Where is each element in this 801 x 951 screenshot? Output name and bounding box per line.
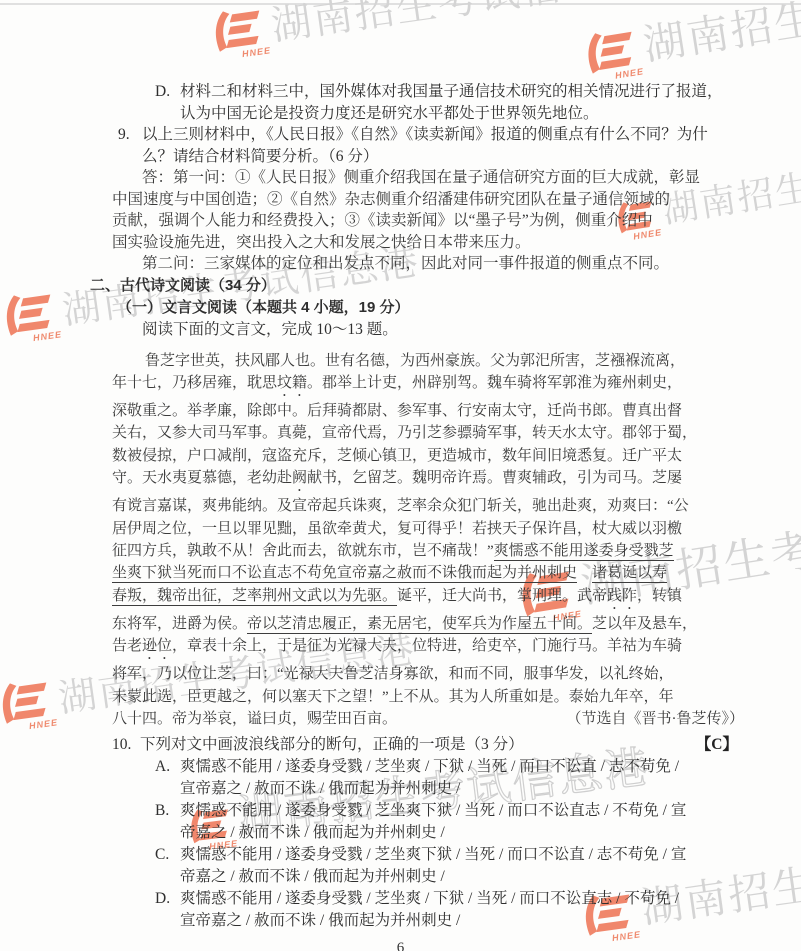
option-b: B.爽懦惑不能用 / 遂委身受戮 / 芝坐爽下狱 / 当死 / 而口不讼直志 /… <box>155 800 801 822</box>
option-d-line1: 材料二和材料三中，国外媒体对我国量子通信技术研究的相关情况进行了报道， <box>180 83 723 100</box>
passage-line: 有谠言嘉谋，爽弗能纳。及宣帝起兵诛爽，芝率余众犯门斩关，驰出赴爽，劝爽曰：“公 <box>112 495 744 517</box>
option-c-line1: 爽懦惑不能用 / 遂委身受戮 / 芝坐爽下狱 / 当死 / 而口不讼直 / 志不… <box>180 846 686 863</box>
answer-9-line: 中国速度与中国创造；②《自然》杂志侧重介绍潘建伟研究团队在量子通信领域的 <box>112 189 801 211</box>
passage-dotted-term: 阙 <box>292 470 307 486</box>
passage: 鲁芝字世英，扶风郿人也。世有名德，为西州豪族。父为郭汜所害，芝襁褓流离，年十七，… <box>112 350 744 731</box>
section-intro: 阅读下面的文言文，完成 10～13 题。 <box>142 319 801 341</box>
passage-text: 年十七，乃移居雍，耽思 <box>112 375 277 391</box>
passage-line: 年十七，乃移居雍，耽思坟籍。郡举上计吏，州辟别驾。魏车骑将军郭淮为雍州刺史， <box>112 372 744 400</box>
passage-line: 告老逊位，章表十余上，于是征为光禄大夫，位特进，给吏卒，门施行马。羊祜为车骑 <box>112 635 744 663</box>
passage-text: 居伊周之位，一旦以罪见黜，虽欲牵黄犬，复可得乎！若挟天子保许昌，杖大威以羽檄 <box>112 521 682 537</box>
passage-text: 八十四。帝为举哀，谥曰贞，赐茔田百亩。 <box>112 711 397 727</box>
section-title: 二、古代诗文阅读（34 分） <box>90 275 801 297</box>
passage-text: 数被侵掠，户口减削，寇盗充斥，芝倾心镇卫，更造城市，数年间旧境悉复。迁广平太 <box>112 448 682 464</box>
option-b-line1: 爽懦惑不能用 / 遂委身受戮 / 芝坐爽下狱 / 当死 / 而口不讼直志 / 不… <box>180 802 686 819</box>
question-10-stem: 下列对文中画波浪线部分的断句，正确的一项是（3 分） <box>140 736 524 753</box>
option-d-line2: 宣帝嘉之 / 赦而不诛 / 俄而起为并州刺史 / <box>180 910 801 932</box>
passage-underlined-segment: 诸葛诞以寿 <box>592 565 667 583</box>
option-c: C.爽懦惑不能用 / 遂委身受戮 / 芝坐爽下狱 / 当死 / 而口不讼直 / … <box>155 844 801 866</box>
exam-paper-page: HNEE 湖南招生考试信息港 HNEE 湖南招生 HNEE 湖南招生考 HNEE… <box>0 0 801 951</box>
passage-text: 诞平，迁大尚书，掌刑理。武帝 <box>397 588 607 604</box>
passage-text: （节选自《晋书·鲁芝传》） <box>567 708 745 730</box>
passage-text: 深敬重之。举孝廉，除郎中。后拜骑都尉、参军事、行安南太守，迁尚书郎。曹真出督 <box>112 403 682 419</box>
question-9: 9.以上三则材料中，《人民日报》《自然》《读卖新闻》报道的侧重点有什么不同？为什 <box>118 124 801 146</box>
option-d: D.爽懦惑不能用 / 遂委身受戮 / 芝坐爽 / 下狱 / 当死 / 而口不讼直… <box>155 888 801 910</box>
question-9-line2: 么？请结合材料简要分析。（6 分） <box>142 146 801 168</box>
passage-line: 未蒙此选，臣更越之，何以塞天下之望！”上不从。其为人所重如是。泰始九年卒，年 <box>112 686 744 708</box>
passage-dotted-term: 逊位 <box>142 638 172 654</box>
passage-text: 将军，乃以位让芝，曰：“光禄大夫鲁芝洁身寡欲，和而不同，服事华发，以礼终始， <box>112 666 674 682</box>
option-c-label: C. <box>155 844 180 866</box>
passage-text: 征四方兵，孰敢不从！舍此而去，欲就东市，岂不痛哉！” <box>112 543 494 559</box>
upper-section: D.材料二和材料三中，国外媒体对我国量子通信技术研究的相关情况进行了报道， 认为… <box>0 81 801 275</box>
page-number: 6 <box>0 940 801 951</box>
passage-line: 鲁芝字世英，扶风郿人也。世有名德，为西州豪族。父为郭汜所害，芝襁褓流离， <box>112 350 744 372</box>
passage-line: 将军，乃以位让芝，曰：“光禄大夫鲁芝洁身寡欲，和而不同，服事华发，以礼终始， <box>112 663 744 685</box>
answer-9-line: 国实验设施先进，突出投入之大和发展之快给日本带来压力。 <box>112 232 801 254</box>
option-b-label: B. <box>155 800 180 822</box>
option-c-line2: 帝嘉之 / 赦而不诛 / 俄而起为并州刺史 / <box>180 866 801 888</box>
answer-9-line: 贡献，强调个人能力和经费投入；③《读卖新闻》以“墨子号”为例，侧重介绍中 <box>112 210 801 232</box>
answer-9-line: 第二问：三家媒体的定位和出发点不同，因此对同一事件报道的侧重点不同。 <box>112 253 801 275</box>
passage-text: 有谠言嘉谋，爽弗能纳。及宣帝起兵诛爽，芝率余众犯门斩关，驰出赴爽，劝爽曰：“公 <box>112 498 689 514</box>
passage-line: 坐爽下狱当死而口不讼直志不苟免宣帝嘉之赦而不诛俄而起为并州刺史 诸葛诞以寿 <box>112 562 744 584</box>
option-d-label: D. <box>155 81 180 103</box>
passage-line: 深敬重之。举孝廉，除郎中。后拜骑都尉、参军事、行安南太守，迁尚书郎。曹真出督 <box>112 400 744 422</box>
passage-underlined-segment: 春叛，魏帝出征，芝率荆州文武以为先驱。 <box>112 588 397 606</box>
passage-text: 告老 <box>112 638 142 654</box>
passage-text <box>577 565 592 581</box>
passage-text: 。郡举上计吏，州辟别驾。魏车骑将军郭淮为雍州刺史， <box>307 375 682 391</box>
passage-text: 芝以年及悬车， <box>592 616 697 632</box>
question-10: 10.下列对文中画波浪线部分的断句，正确的一项是（3 分） 【C】 A.爽懦惑不… <box>0 734 801 932</box>
passage-text: 东将军，进爵为侯。 <box>112 616 247 632</box>
passage-dotted-term: 践阼 <box>607 588 637 604</box>
section-subtitle: （一）文言文阅读（本题共 4 小题，19 分） <box>117 297 801 319</box>
passage-line: 八十四。帝为举哀，谥曰贞，赐茔田百亩。（节选自《晋书·鲁芝传》） <box>112 708 744 730</box>
question-9-line1: 以上三则材料中，《人民日报》《自然》《读卖新闻》报道的侧重点有什么不同？为什 <box>142 126 708 143</box>
passage-line: 关右，又参大司马军事。真薨，宣帝代焉，乃引芝参骠骑军事，转天水太守。郡邻于蜀， <box>112 422 744 444</box>
option-a-line1: 爽懦惑不能用 / 遂委身受戮 / 芝坐爽 / 下狱 / 当死 / 而口不讼直 /… <box>180 758 679 775</box>
question-9-number: 9. <box>118 124 142 146</box>
passage-text: 守。天水夷夏慕德，老幼赴 <box>112 470 292 486</box>
passage-line: 征四方兵，孰敢不从！舍此而去，欲就东市，岂不痛哉！”爽懦惑不能用遂委身受戮芝 <box>112 540 744 562</box>
option-d-label: D. <box>155 888 180 910</box>
option-b-line2: 帝嘉之 / 赦而不诛 / 俄而起为并州刺史 / <box>180 822 801 844</box>
passage-underlined-segment: 坐爽下狱当死而口不讼直志不苟免宣帝嘉之赦而不诛俄而起为并州刺史 <box>112 565 577 583</box>
passage-text: 鲁芝字世英，扶风郿人也。世有名德，为西州豪族。父为郭汜所害，芝襁褓流离， <box>145 353 685 369</box>
passage-line: 守。天水夷夏慕德，老幼赴阙献书，乞留芝。魏明帝许焉。曹爽辅政，引为司马。芝屡 <box>112 467 744 495</box>
passage-line: 春叛，魏帝出征，芝率荆州文武以为先驱。诞平，迁大尚书，掌刑理。武帝践阼，转镇 <box>112 585 744 613</box>
passage-underlined-segment: 爽懦惑不能用遂委身受戮芝 <box>494 543 674 561</box>
passage-text: ，章表十余上，于是征为光禄大夫，位特进，给吏卒，门施行马。羊祜为车骑 <box>172 638 682 654</box>
passage-text: 献书，乞留芝。魏明帝许焉。曹爽辅政，引为司马。芝屡 <box>307 470 682 486</box>
option-a: A.爽懦惑不能用 / 遂委身受戮 / 芝坐爽 / 下狱 / 当死 / 而口不讼直… <box>155 756 801 778</box>
passage-text: 未蒙此选，臣更越之，何以塞天下之望！”上不从。其为人所重如是。泰始九年卒，年 <box>112 689 674 705</box>
passage-text: 关右，又参大司马军事。真薨，宣帝代焉，乃引芝参骠骑军事，转天水太守。郡邻于蜀， <box>112 425 697 441</box>
passage-line: 居伊周之位，一旦以罪见黜，虽欲牵黄犬，复可得乎！若挟天子保许昌，杖大威以羽檄 <box>112 518 744 540</box>
passage-line: 东将军，进爵为侯。帝以芝清忠履正，素无居宅，使军兵为作屋五十间。芝以年及悬车， <box>112 613 744 635</box>
passage-underlined-segment: 帝以芝清忠履正，素无居宅，使军兵为作屋五十间。 <box>247 616 592 634</box>
passage-text: ，转镇 <box>637 588 682 604</box>
section-headings: 二、古代诗文阅读（34 分） （一）文言文阅读（本题共 4 小题，19 分） 阅… <box>0 275 801 341</box>
page-content: D.材料二和材料三中，国外媒体对我国量子通信技术研究的相关情况进行了报道， 认为… <box>0 0 801 951</box>
option-d-line2: 认为中国无论是投资力度还是研究水平都处于世界领先地位。 <box>180 103 801 125</box>
question-10-stem-row: 10.下列对文中画波浪线部分的断句，正确的一项是（3 分） 【C】 <box>112 734 801 756</box>
answer-9-line: 答：第一问：①《人民日报》侧重介绍我国在量子通信研究方面的巨大成就，彰显 <box>112 167 801 189</box>
option-d-line1: 爽懦惑不能用 / 遂委身受戮 / 芝坐爽 / 下狱 / 当死 / 而口不讼直志 … <box>180 890 679 907</box>
option-a-label: A. <box>155 756 180 778</box>
option-a-line2: 宣帝嘉之 / 赦而不诛 / 俄而起为并州刺史 / <box>180 778 801 800</box>
answer-marker: 【C】 <box>696 734 738 756</box>
option-d-continuation: D.材料二和材料三中，国外媒体对我国量子通信技术研究的相关情况进行了报道， <box>155 81 801 103</box>
question-10-number: 10. <box>112 734 140 756</box>
passage-line: 数被侵掠，户口减削，寇盗充斥，芝倾心镇卫，更造城市，数年间旧境悉复。迁广平太 <box>112 445 744 467</box>
passage-dotted-term: 坟籍 <box>277 375 307 391</box>
